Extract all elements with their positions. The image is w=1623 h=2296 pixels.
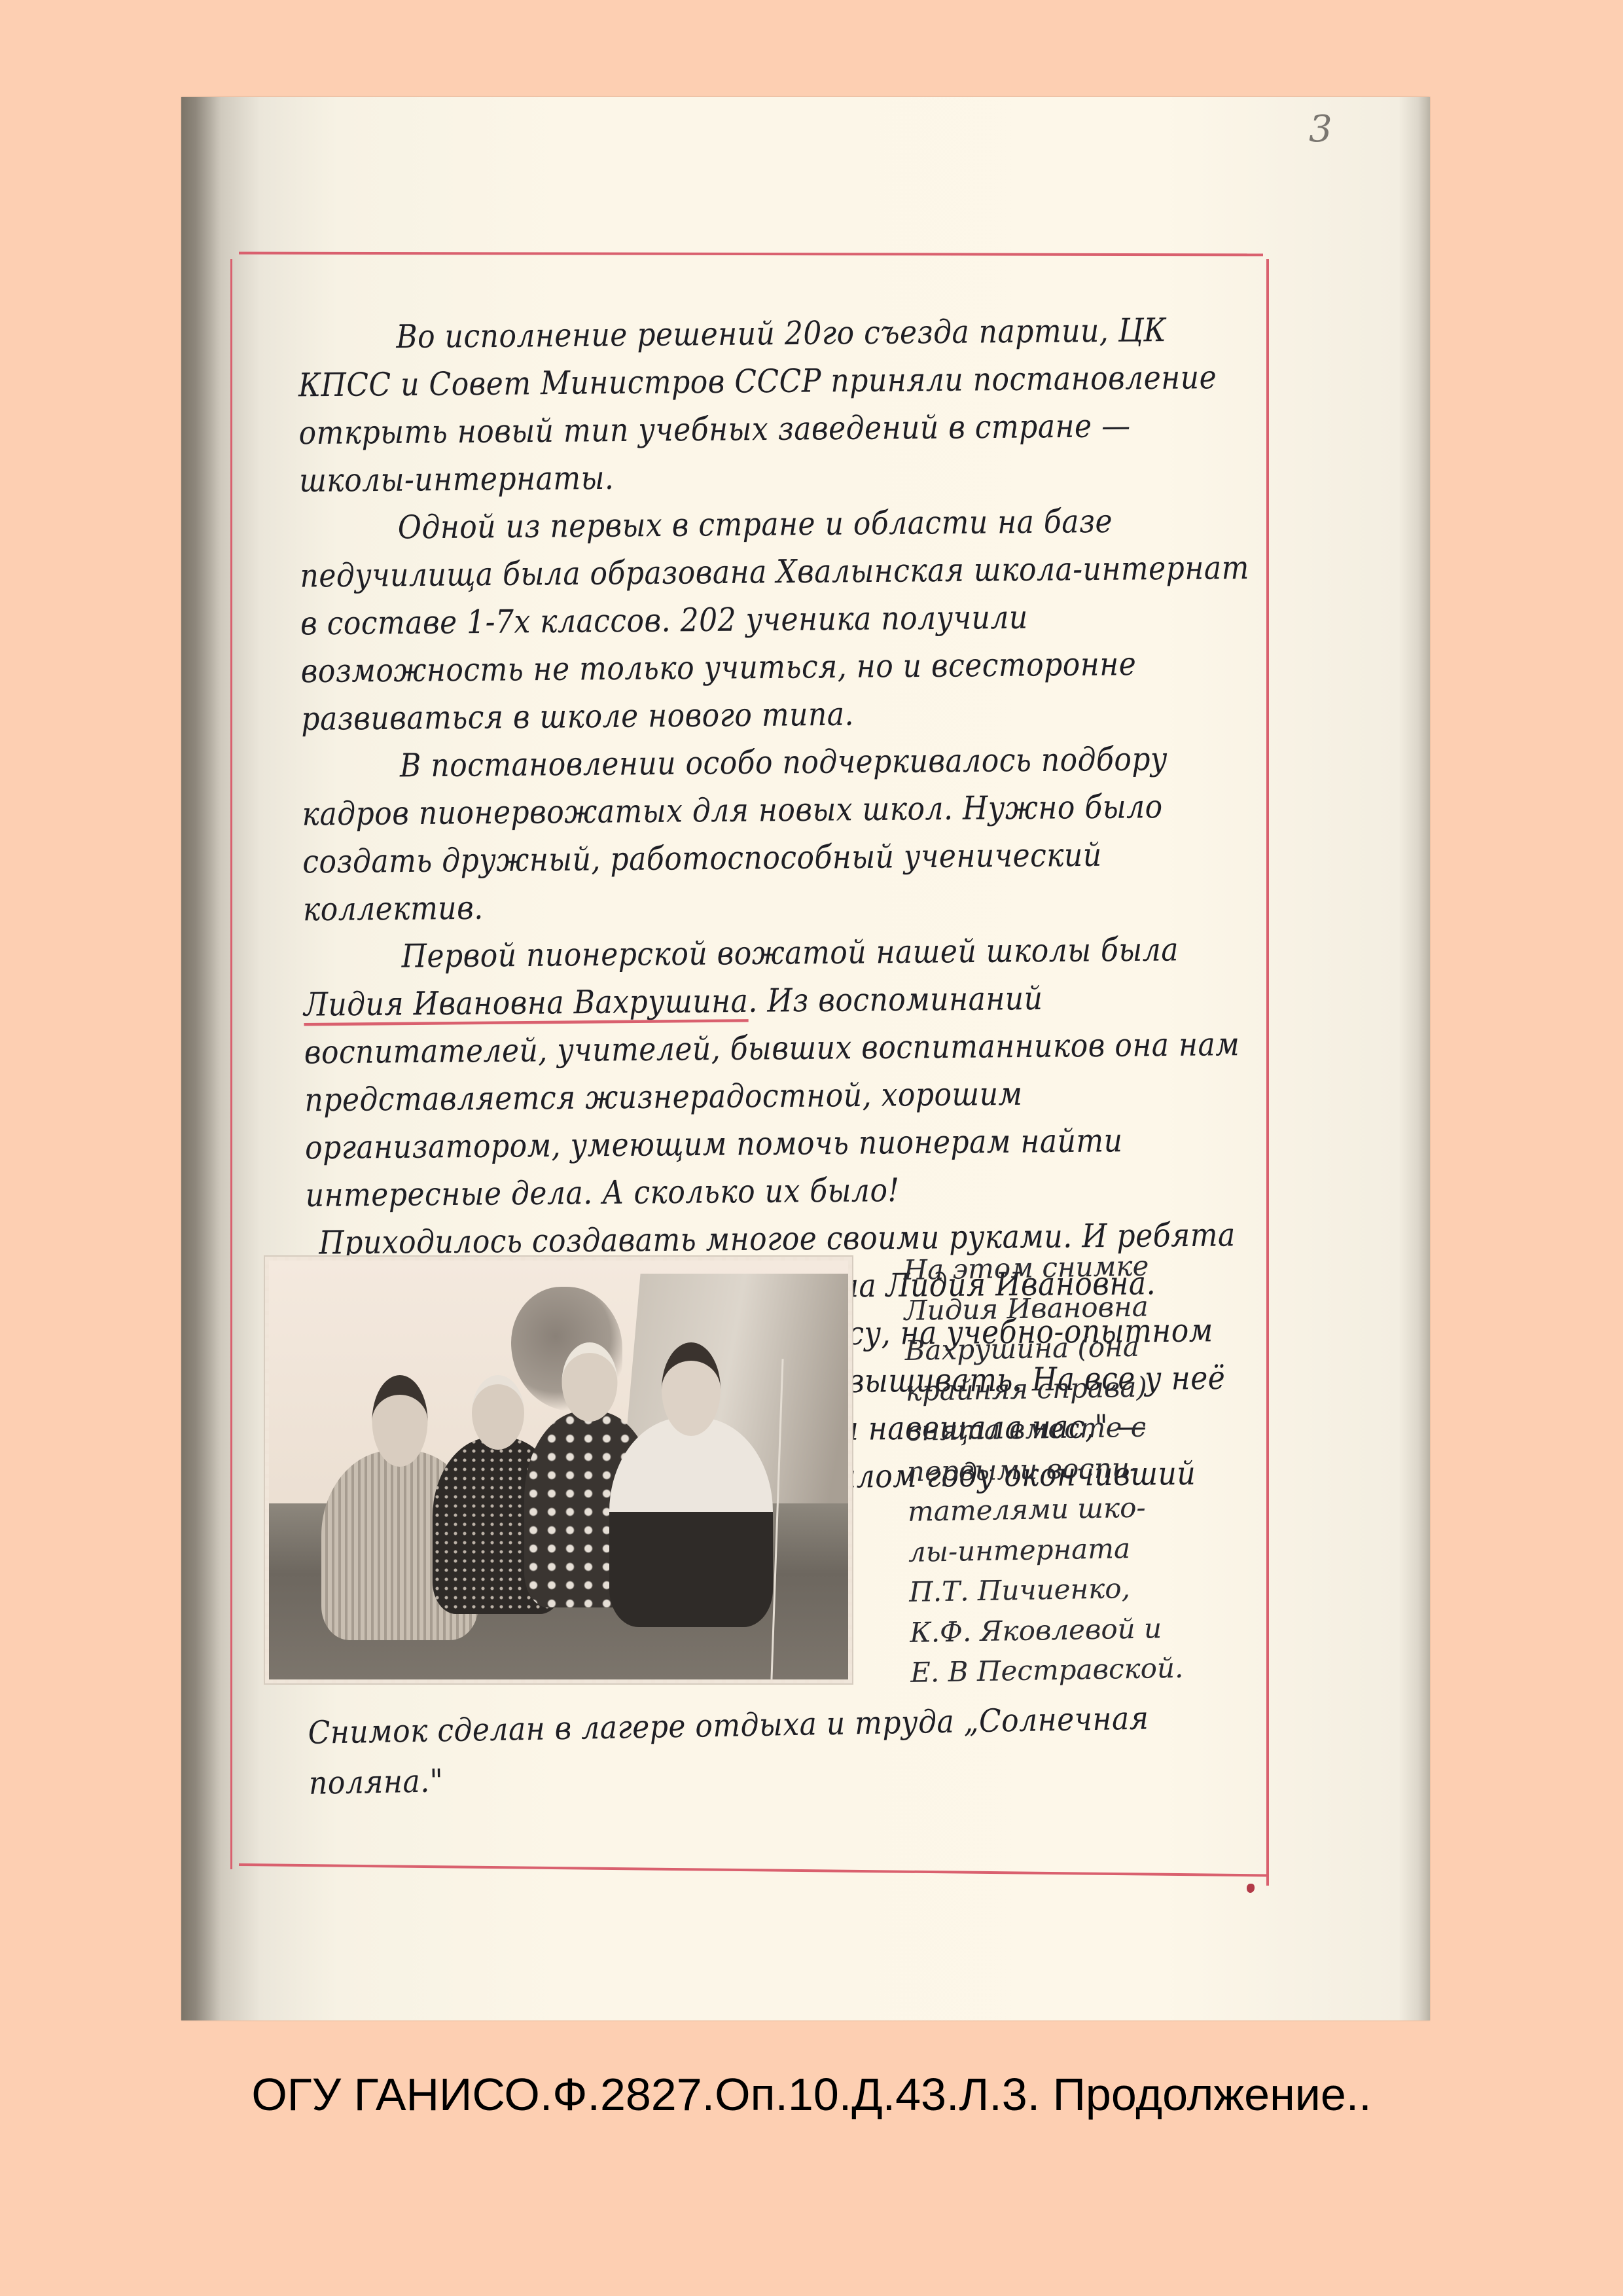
- paragraph-4-start: Первой пионерской вожатой нашей школы бы…: [401, 931, 1179, 975]
- photo-side-caption: На этом снимке Лидия Ивановна Вахрушина …: [903, 1245, 1199, 1693]
- paragraph-4: Первой пионерской вожатой нашей школы бы…: [303, 925, 1261, 1220]
- caption-line: Лидия Ивановна: [904, 1285, 1192, 1331]
- paragraph-1: Во исполнение решений 20го съезда партии…: [298, 306, 1255, 505]
- caption-line: Вахрушина (она: [904, 1325, 1193, 1371]
- photo-person-4: [609, 1418, 773, 1627]
- caption-line: снята вместе с: [906, 1406, 1194, 1451]
- caption-line: лы-интерната: [908, 1527, 1197, 1572]
- photo-person-3-head: [562, 1342, 618, 1422]
- caption-line: первыми воспи-: [906, 1446, 1195, 1492]
- underlined-name: Лидия Ивановна Вахрушина: [304, 982, 749, 1024]
- photo-bottom-caption: Снимок сделан в лагере отдыха и труда „С…: [308, 1693, 1225, 1809]
- caption-line: крайняя справа): [905, 1366, 1194, 1411]
- paragraph-3: В постановлении особо подчеркивалось под…: [302, 734, 1258, 933]
- red-frame-right-line: [1266, 259, 1269, 1886]
- caption-line: Е. В Пестравской.: [910, 1647, 1199, 1693]
- photo-person-2-head: [472, 1375, 524, 1450]
- caption-line: К.Ф. Яковлевой и: [910, 1607, 1198, 1653]
- archive-reference: ОГУ ГАНИСО.Ф.2827.Оп.10.Д.43.Л.3. Продол…: [0, 2068, 1623, 2121]
- archival-photograph: [265, 1257, 852, 1683]
- bottom-caption-text: Снимок сделан в лагере отдыха и труда „С…: [308, 1693, 1225, 1809]
- photo-person-4-head: [662, 1342, 721, 1436]
- caption-line: На этом снимке: [903, 1245, 1192, 1290]
- caption-line: П.Т. Пичиенко,: [909, 1567, 1198, 1612]
- caption-line: тателями шко-: [907, 1486, 1196, 1532]
- page-number: 3: [1309, 108, 1332, 151]
- paragraph-2: Одной из первых в стране и области на ба…: [300, 496, 1257, 743]
- photo-person-1-head: [372, 1375, 428, 1467]
- red-frame-left-line: [230, 259, 232, 1869]
